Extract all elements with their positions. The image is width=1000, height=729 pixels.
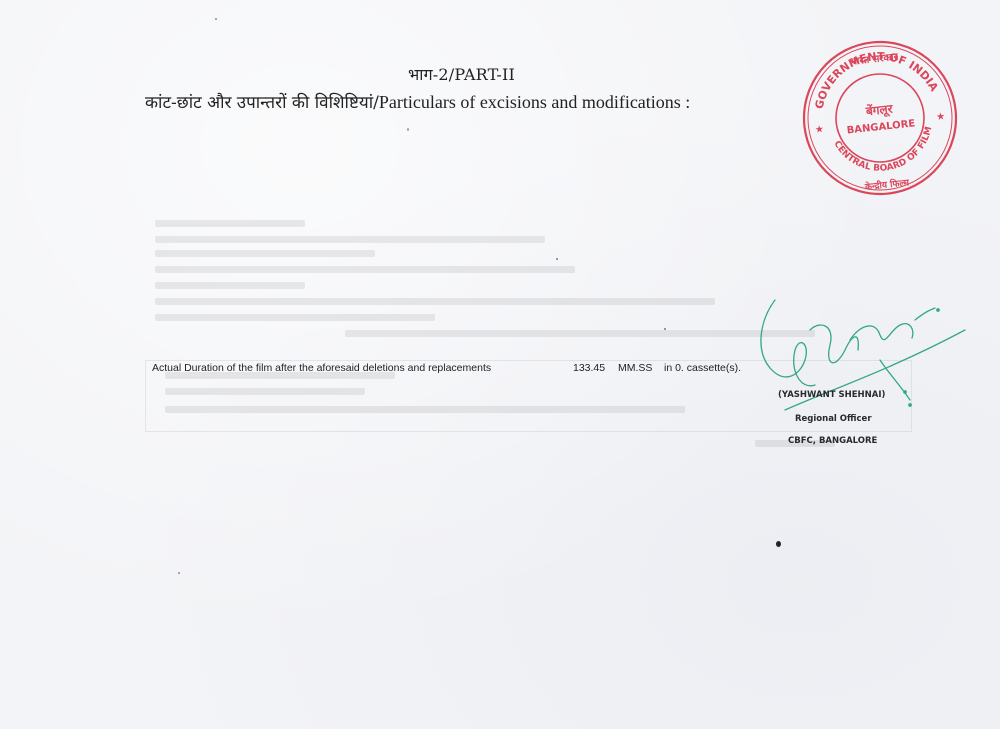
duration-value: 133.45	[573, 362, 605, 374]
duration-unit: MM.SS	[618, 362, 652, 374]
signatory-office: CBFC, BANGALORE	[788, 436, 877, 446]
duration-cassettes: in 0. cassette(s).	[664, 362, 741, 374]
svg-text:★: ★	[814, 124, 824, 136]
svg-text:बेंगलूर: बेंगलूर	[864, 102, 894, 120]
signature-icon	[740, 290, 970, 420]
scan-speck	[664, 328, 666, 330]
scan-speck	[776, 541, 781, 547]
certificate-page: भाग-2/PART-II कांट-छांट और उपान्तरों की …	[0, 0, 1000, 729]
scan-speck	[178, 572, 180, 574]
signatory-title: Regional Officer	[795, 414, 872, 424]
scan-speck	[407, 128, 409, 131]
svg-text:★: ★	[936, 111, 946, 123]
particulars-hindi: कांट-छांट और उपान्तरों की विशिष्टियां/	[145, 93, 379, 113]
svg-text:भारत सरकार: भारत सरकार	[849, 52, 899, 68]
duration-label: Actual Duration of the film after the af…	[152, 362, 491, 374]
signatory-name: (YASHWANT SHEHNAI)	[778, 390, 885, 400]
scan-speck	[215, 18, 217, 20]
part-heading: भाग-2/PART-II	[408, 63, 515, 85]
particulars-heading: कांट-छांट और उपान्तरों की विशिष्टियां/Pa…	[145, 90, 690, 113]
official-seal-icon: GOVERNMENT OF INDIA CENTRAL BOARD OF FIL…	[792, 30, 968, 206]
svg-text:BANGALORE: BANGALORE	[846, 118, 916, 136]
scan-speck	[556, 258, 558, 260]
particulars-english: Particulars of excisions and modificatio…	[379, 92, 690, 112]
